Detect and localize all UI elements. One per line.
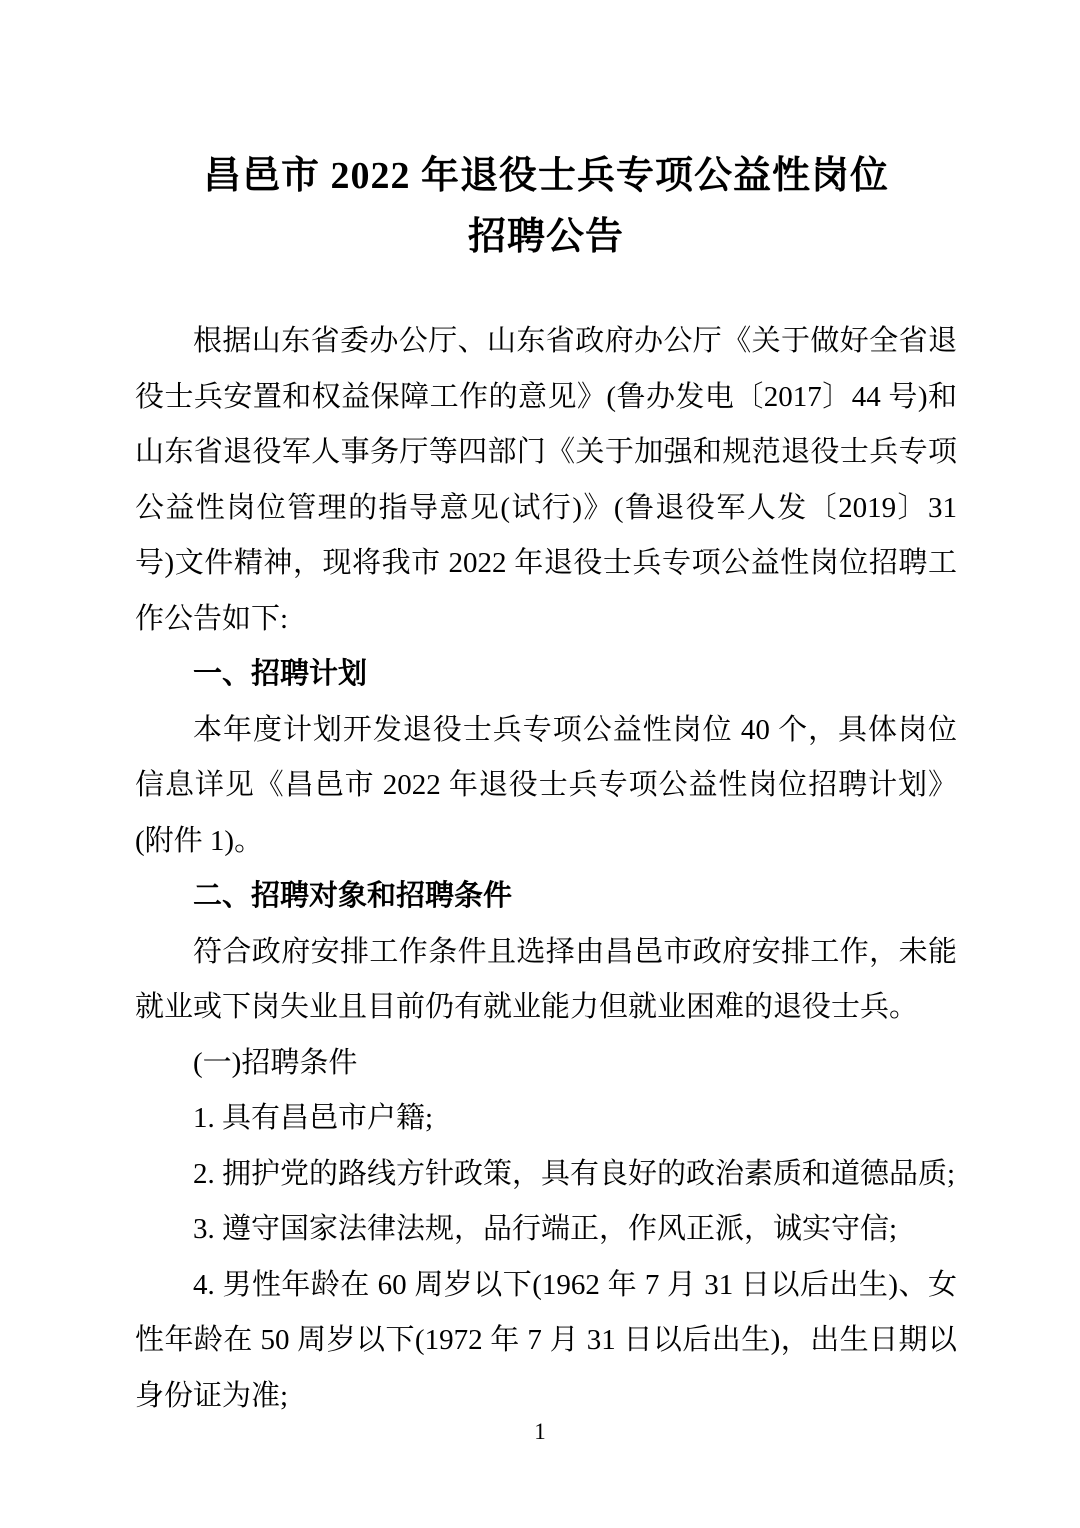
section-2-heading: 二、招聘对象和招聘条件 [135,869,957,925]
document-content: 昌邑市 2022 年退役士兵专项公益性岗位 招聘公告 根据山东省委办公厅、山东省… [135,146,957,1424]
document-title: 昌邑市 2022 年退役士兵专项公益性岗位 招聘公告 [135,146,957,268]
condition-item-4: 4. 男性年龄在 60 周岁以下(1962 年 7 月 31 日以后出生)、女性… [135,1258,957,1425]
title-line-2: 招聘公告 [135,207,957,268]
document-page: 昌邑市 2022 年退役士兵专项公益性岗位 招聘公告 根据山东省委办公厅、山东省… [0,0,1080,1528]
section-1-paragraph: 本年度计划开发退役士兵专项公益性岗位 40 个，具体岗位信息详见《昌邑市 202… [135,703,957,870]
condition-item-2: 2. 拥护党的路线方针政策，具有良好的政治素质和道德品质; [135,1147,957,1203]
intro-paragraph: 根据山东省委办公厅、山东省政府办公厅《关于做好全省退役士兵安置和权益保障工作的意… [135,314,957,647]
section-1-heading: 一、招聘计划 [135,647,957,703]
condition-item-1: 1. 具有昌邑市户籍; [135,1091,957,1147]
condition-item-3: 3. 遵守国家法律法规，品行端正，作风正派，诚实守信; [135,1202,957,1258]
title-line-1: 昌邑市 2022 年退役士兵专项公益性岗位 [135,146,957,207]
subsection-1-heading: (一)招聘条件 [135,1036,957,1092]
page-number: 1 [0,1418,1080,1446]
section-2-paragraph: 符合政府安排工作条件且选择由昌邑市政府安排工作，未能就业或下岗失业且目前仍有就业… [135,925,957,1036]
